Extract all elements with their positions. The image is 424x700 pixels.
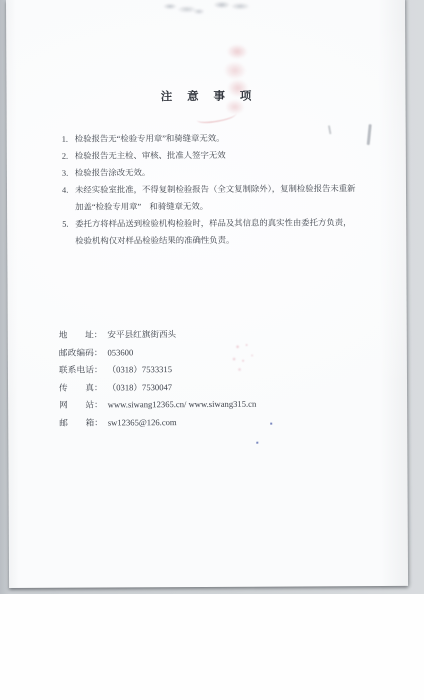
ink-speck [270,423,272,425]
scanner-background: 注 意 事 项 1. 检验报告无“检验专用章”和骑缝章无效。 2. 检验报告无主… [0,0,424,594]
contact-value: 053600 [107,344,133,362]
note-number: 2. [62,148,75,165]
scanned-document-screen: 注 意 事 项 1. 检验报告无“检验专用章”和骑缝章无效。 2. 检验报告无主… [0,0,424,700]
ink-bleed-smudge [208,0,254,14]
red-stamp-mark [218,42,254,116]
note-text: 检验机构仅对样品检验结果的准确性负责。 [75,231,351,249]
notes-list: 1. 检验报告无“检验专用章”和骑缝章无效。 2. 检验报告无主检、审核、批准人… [62,129,363,250]
note-text: 未经实验室批准，不得复制检验报告（全文复制除外），复制检验报告未重新 [75,180,356,198]
document-page: 注 意 事 项 1. 检验报告无“检验专用章”和骑缝章无效。 2. 检验报告无主… [6,0,408,588]
contact-value-url: www.siwang12365.cn/ www.siwang315.cn [108,396,257,414]
contact-colon: ： [94,396,103,414]
note-text: 加盖“检验专用章” 和骑缝章无效。 [75,197,356,215]
note-number: 1. [62,131,75,148]
note-item: 4. 未经实验室批准，不得复制检验报告（全文复制除外），复制检验报告未重新 加盖… [62,180,362,216]
note-item: 2. 检验报告无主检、审核、批准人签字无效 [62,146,362,165]
contact-value: 安平县红旗街西头 [107,326,176,344]
pink-speckle-artifact [227,340,263,375]
note-text: 检验报告无“检验专用章”和骑缝章无效。 [75,130,225,148]
contact-label: 联系电话 [59,362,94,380]
contact-colon: ： [94,327,103,345]
contact-label: 传真 [59,379,94,397]
contact-colon: ： [94,414,103,432]
note-item: 1. 检验报告无“检验专用章”和骑缝章无效。 [62,129,362,148]
contact-colon: ： [94,361,103,379]
note-text: 委托方将样品送到检验机构检验时，样品及其信息的真实性由委托方负责， [75,214,351,232]
note-item: 5. 委托方将样品送到检验机构检验时，样品及其信息的真实性由委托方负责， 检验机… [62,214,362,250]
note-text: 检验报告涂改无效。 [75,164,150,181]
note-number: 4. [62,182,75,216]
contact-value-email: sw12365@126.com [108,414,177,432]
contact-value: （0318）7533315 [108,361,173,379]
contact-label: 邮政编码 [59,344,94,362]
contact-row-fax: 传真：（0318）7530047 [59,378,256,397]
contact-colon: ： [94,379,103,397]
note-number: 5. [62,216,75,250]
ink-speck [256,442,258,444]
contact-row-website: 网站：www.siwang12365.cn/ www.siwang315.cn [59,396,256,415]
ink-bleed-smudge [158,1,206,16]
gray-mark-artifact [367,124,372,145]
red-stamp-stroke [196,109,237,124]
page-title: 注 意 事 项 [6,87,405,105]
contact-label: 地址 [59,327,94,345]
contact-row-email: 邮箱：sw12365@126.com [59,413,256,432]
note-text: 检验报告无主检、审核、批准人签字无效 [75,147,226,165]
note-item: 3. 检验报告涂改无效。 [62,163,362,182]
contact-value: （0318）7530047 [108,379,173,397]
contact-label: 邮箱 [59,414,94,432]
contact-label: 网站 [59,397,94,415]
contact-colon: ： [94,344,103,362]
note-number: 3. [62,165,75,182]
